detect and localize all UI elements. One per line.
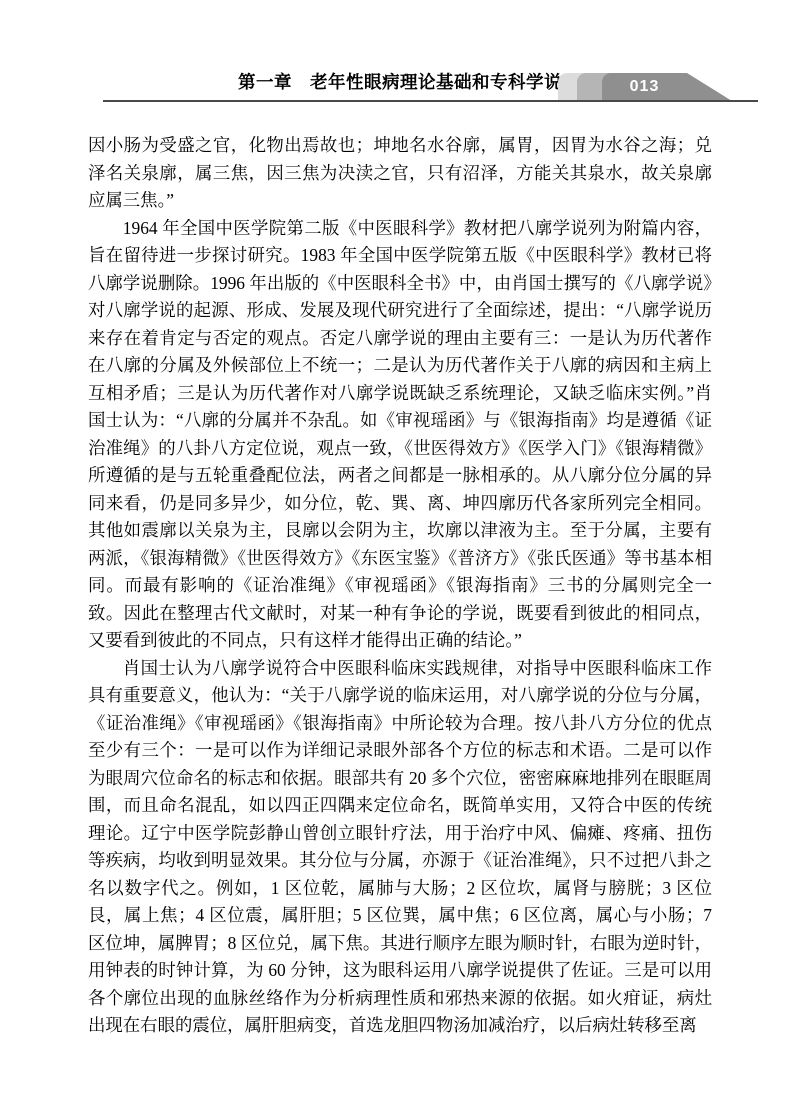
body-text: 因小肠为受盛之官，化物出焉故也；坤地名水谷廓，属胃，因胃为水谷之海；兑泽名关泉廓… [88, 132, 712, 1040]
paragraph-history: 1964 年全国中医学院第二版《中医眼科学》教材把八廓学说列为附篇内容，旨在留待… [88, 215, 712, 655]
paragraph-clinical-application: 肖国士认为八廓学说符合中医眼科临床实践规律，对指导中医眼科临床工作具有重要意义，… [88, 655, 712, 1040]
book-page: 第一章 老年性眼病理论基础和专科学说 013 因小肠为受盛之官，化物出焉故也；坤… [0, 0, 800, 1114]
page-number-badge: 013 [558, 73, 740, 101]
header-rule [103, 100, 758, 102]
paragraph-continuation: 因小肠为受盛之官，化物出焉故也；坤地名水谷廓，属胃，因胃为水谷之海；兑泽名关泉廓… [88, 132, 712, 215]
badge-layer-dark: 013 [602, 73, 732, 101]
page-number: 013 [602, 73, 687, 101]
